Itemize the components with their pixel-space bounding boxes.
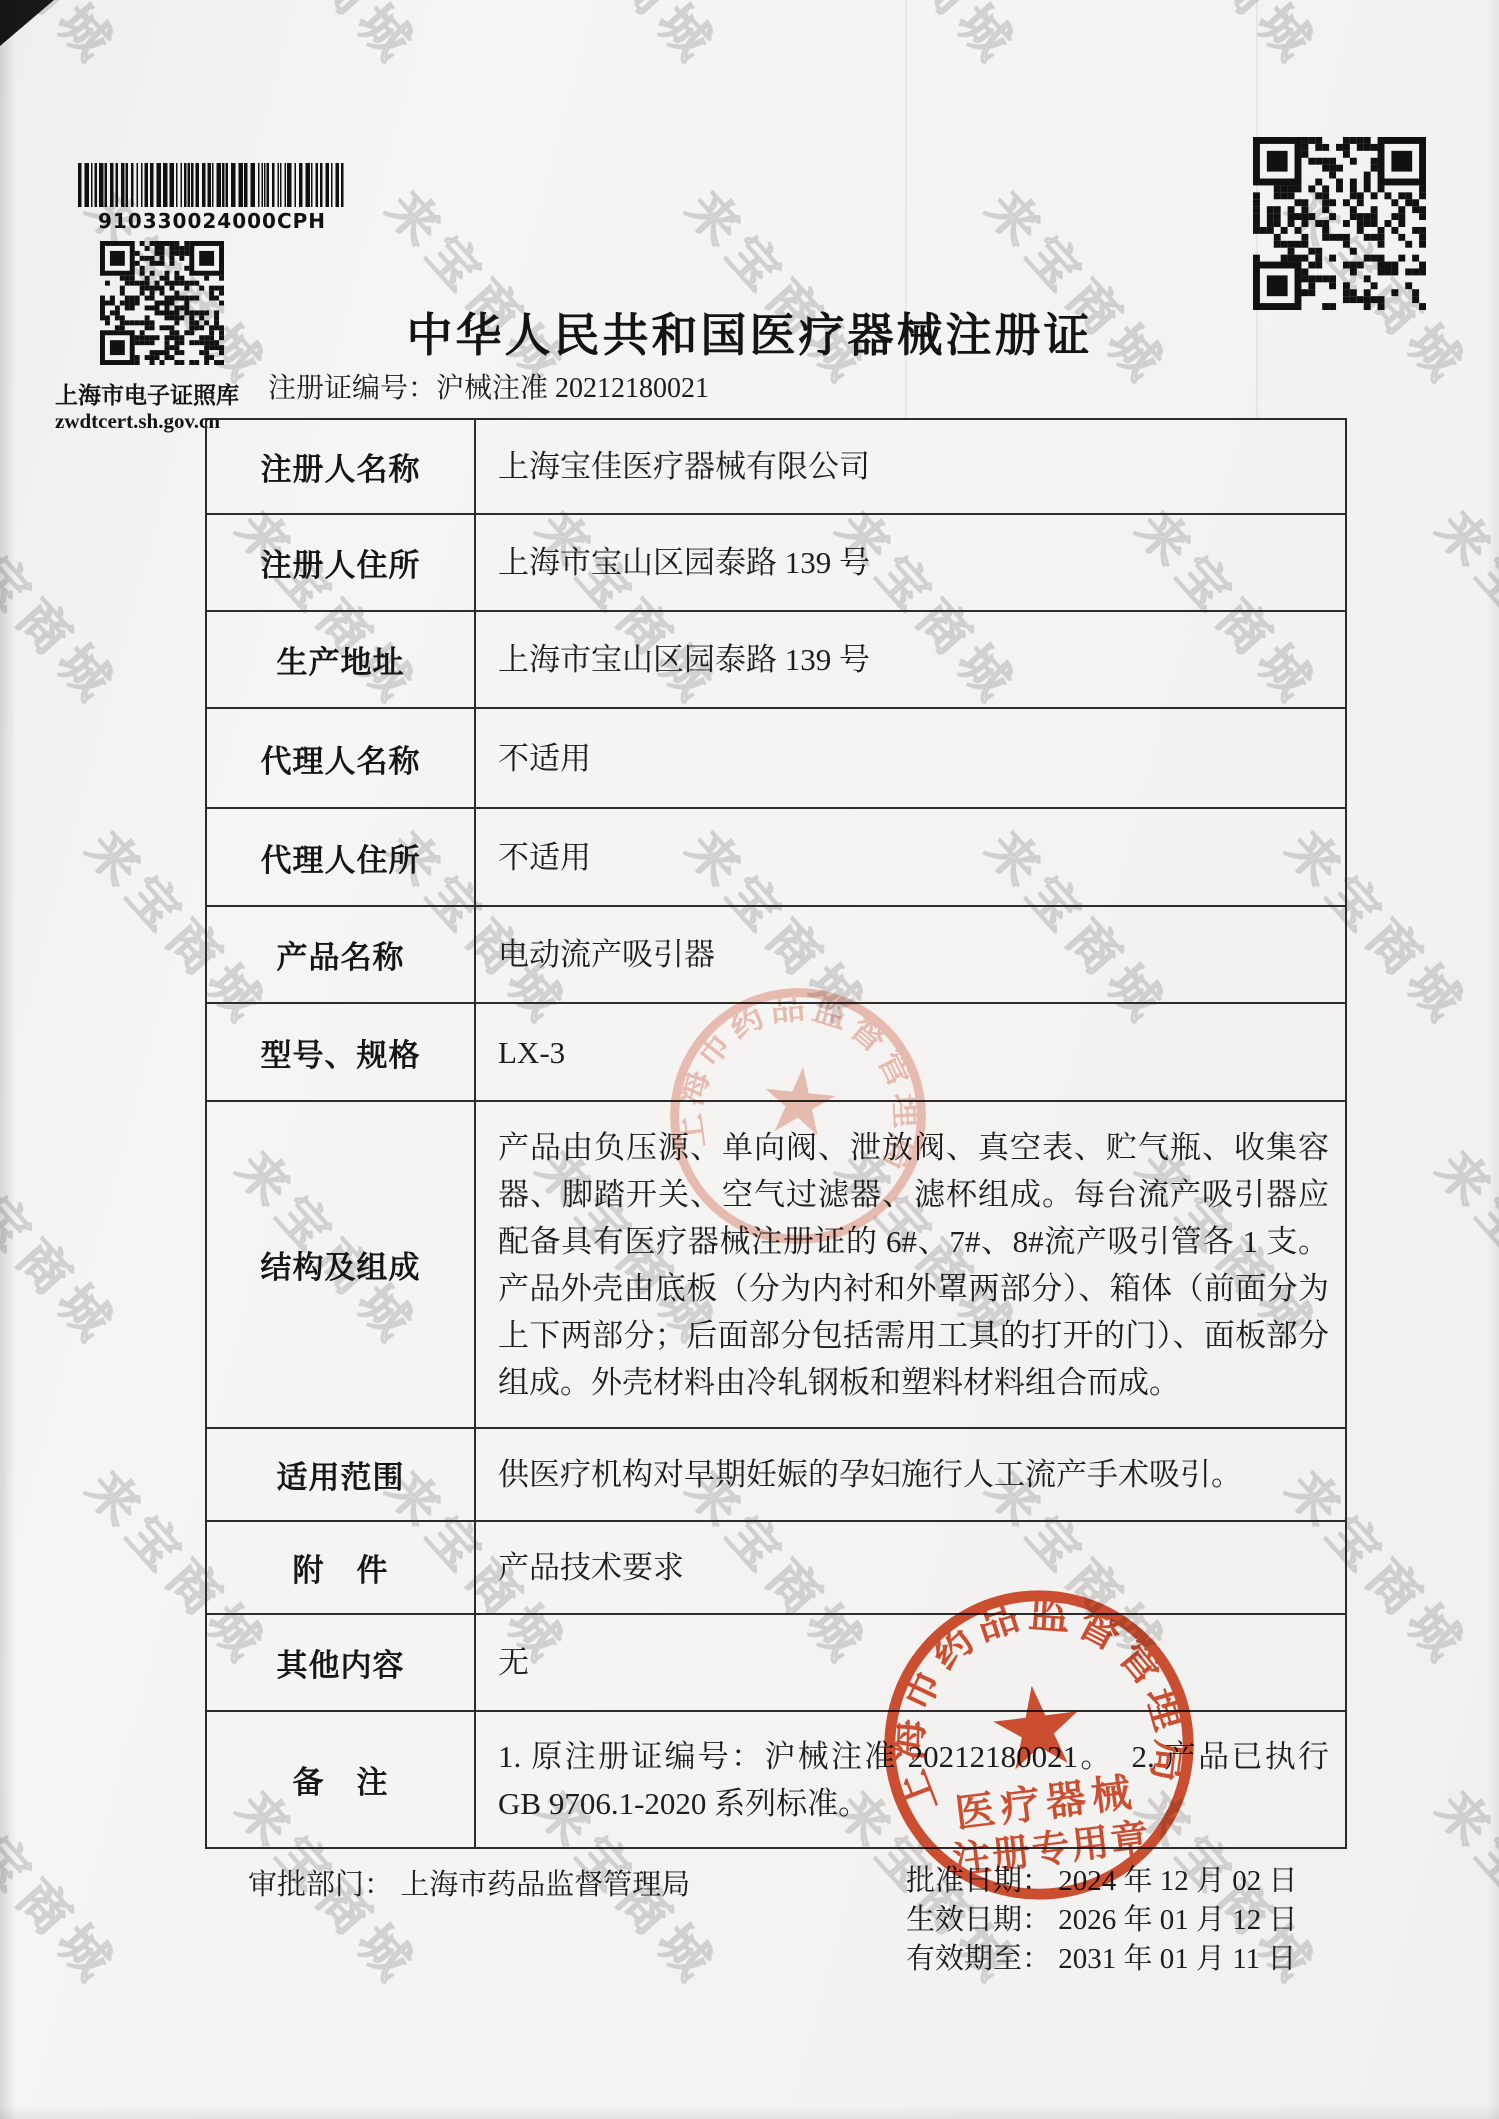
- row-label: 型号、规格: [206, 1003, 475, 1101]
- approval-department: 审批部门： 上海市药品监督管理局: [248, 1862, 690, 1903]
- row-label: 注册人住所: [206, 514, 475, 611]
- watermark-text: 来宝商城: [523, 0, 737, 79]
- row-label: 生产地址: [206, 611, 475, 708]
- barcode-number: 910330024000CPH: [62, 209, 362, 233]
- watermark-text: 来宝商城: [973, 173, 1187, 400]
- row-label: 代理人住所: [206, 808, 475, 906]
- row-value: 上海市宝山区园泰路 139 号: [475, 514, 1346, 611]
- row-value: 电动流产吸引器: [475, 906, 1346, 1003]
- table-row: 代理人名称 不适用: [206, 708, 1346, 808]
- watermark-text: 来宝商城: [823, 0, 1037, 79]
- qr-caption-title: 上海市电子证照库: [55, 377, 239, 410]
- seal-star: [761, 1063, 838, 1137]
- barcode: [78, 163, 346, 207]
- table-row: 注册人名称 上海宝佳医疗器械有限公司: [206, 419, 1346, 514]
- row-label: 附 件: [206, 1521, 475, 1614]
- watermark-text: 来宝商城: [223, 0, 437, 79]
- table-row: 适用范围 供医疗机构对早期妊娠的孕妇施行人工流产手术吸引。: [206, 1428, 1346, 1521]
- row-label: 产品名称: [206, 906, 475, 1003]
- certificate-page: 来宝商城来宝商城来宝商城来宝商城来宝商城来宝商城来宝商城来宝商城来宝商城来宝商城…: [0, 0, 1499, 2119]
- table-row: 代理人住所 不适用: [206, 808, 1346, 906]
- seal-star: [989, 1681, 1083, 1772]
- expiry-date: 有效期至： 2031 年 01 月 11 日: [906, 1940, 1298, 1979]
- row-label: 适用范围: [206, 1428, 475, 1521]
- cert-number-line: 注册证编号：沪械注准 20212180021: [268, 366, 709, 406]
- qr-code-right: [1253, 137, 1426, 310]
- row-label: 注册人名称: [206, 419, 475, 514]
- table-row: 注册人住所 上海市宝山区园泰路 139 号: [206, 514, 1346, 611]
- watermark-text: 来宝商城: [1123, 0, 1337, 79]
- row-value: 不适用: [475, 808, 1346, 906]
- watermark-text: 来宝商城: [0, 493, 137, 720]
- page-title: 中华人民共和国医疗器械注册证: [0, 299, 1499, 365]
- red-seal-main: 上海市药品监督管理局 医疗器械 注册专用章: [860, 1566, 1218, 1924]
- row-label: 代理人名称: [206, 708, 475, 808]
- watermark-text: 来宝商城: [0, 1133, 137, 1360]
- row-label: 其他内容: [206, 1614, 475, 1711]
- row-label: 备 注: [206, 1711, 475, 1848]
- qr-caption-url: zwdtcert.sh.gov.cn: [55, 409, 220, 434]
- row-label: 结构及组成: [206, 1101, 475, 1428]
- table-row: 生产地址 上海市宝山区园泰路 139 号: [206, 611, 1346, 708]
- watermark-text: 来宝商城: [0, 1773, 137, 2000]
- row-value: 上海宝佳医疗器械有限公司: [475, 419, 1346, 514]
- row-value: 不适用: [475, 708, 1346, 808]
- row-value: 供医疗机构对早期妊娠的孕妇施行人工流产手术吸引。: [475, 1428, 1346, 1521]
- row-value: 上海市宝山区园泰路 139 号: [475, 611, 1346, 708]
- scan-edge-shadow-bottom: [0, 2105, 1499, 2119]
